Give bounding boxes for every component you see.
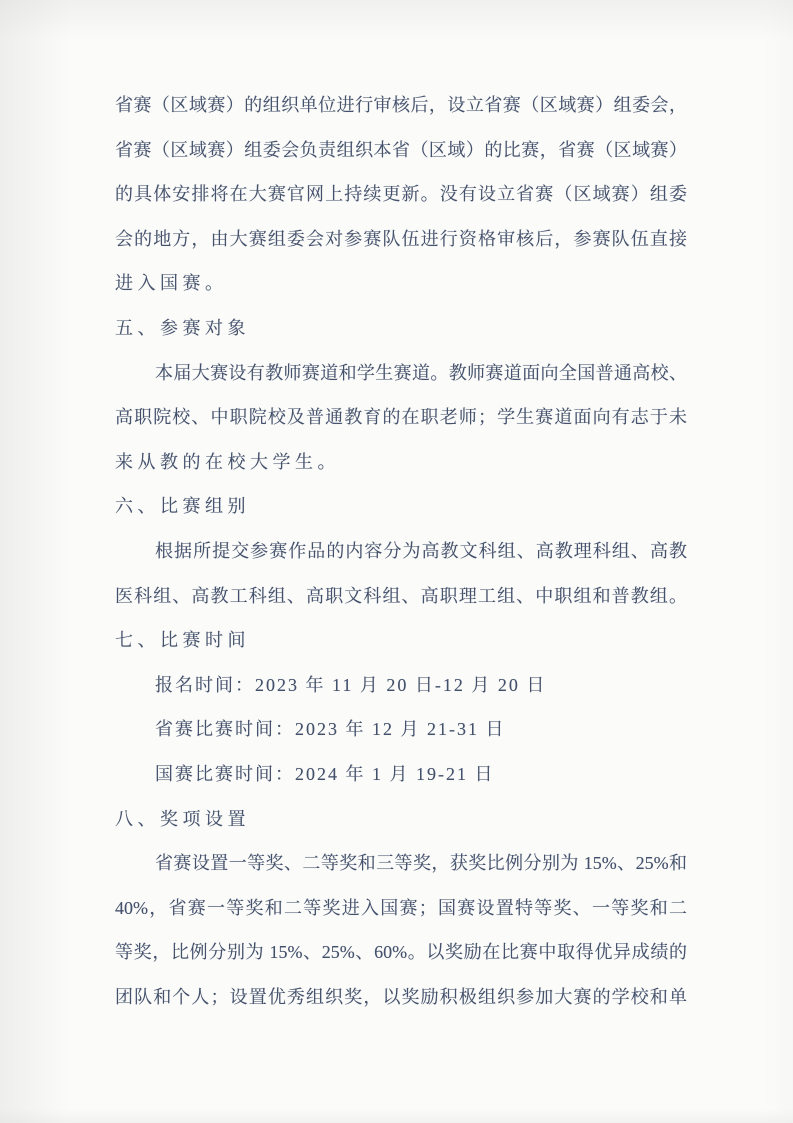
body-line: 来从教的在校大学生。 bbox=[115, 440, 687, 485]
section-heading-participants: 五、参赛对象 bbox=[115, 306, 687, 351]
intro-line: 进入国赛。 bbox=[115, 261, 687, 306]
section-heading-awards: 八、奖项设置 bbox=[115, 797, 687, 842]
section-heading-schedule: 七、比赛时间 bbox=[115, 618, 687, 663]
scanned-document-page: 省赛（区域赛）的组织单位进行审核后，设立省赛（区域赛）组委会， 省赛（区域赛）组… bbox=[0, 0, 793, 1123]
intro-line: 省赛（区域赛）的组织单位进行审核后，设立省赛（区域赛）组委会， bbox=[115, 83, 687, 128]
signup-time-line: 报名时间：2023 年 11 月 20 日-12 月 20 日 bbox=[115, 663, 687, 708]
document-text-block: 省赛（区域赛）的组织单位进行审核后，设立省赛（区域赛）组委会， 省赛（区域赛）组… bbox=[115, 83, 687, 1019]
national-time-line: 国赛比赛时间：2024 年 1 月 19-21 日 bbox=[115, 752, 687, 797]
body-line: 根据所提交参赛作品的内容分为高教文科组、高教理科组、高教 bbox=[115, 529, 687, 574]
body-line: 医科组、高教工科组、高职文科组、高职理工组、中职组和普教组。 bbox=[115, 574, 687, 619]
body-line: 团队和个人；设置优秀组织奖，以奖励积极组织参加大赛的学校和单 bbox=[115, 975, 687, 1020]
intro-line: 的具体安排将在大赛官网上持续更新。没有设立省赛（区域赛）组委 bbox=[115, 172, 687, 217]
body-line: 高职院校、中职院校及普通教育的在职老师；学生赛道面向有志于未 bbox=[115, 395, 687, 440]
intro-line: 会的地方，由大赛组委会对参赛队伍进行资格审核后，参赛队伍直接 bbox=[115, 217, 687, 262]
body-line: 本届大赛设有教师赛道和学生赛道。教师赛道面向全国普通高校、 bbox=[115, 351, 687, 396]
intro-line: 省赛（区域赛）组委会负责组织本省（区域）的比赛，省赛（区域赛） bbox=[115, 128, 687, 173]
body-line: 等奖，比例分别为 15%、25%、60%。以奖励在比赛中取得优异成绩的 bbox=[115, 930, 687, 975]
provincial-time-line: 省赛比赛时间：2023 年 12 月 21-31 日 bbox=[115, 707, 687, 752]
body-line: 40%，省赛一等奖和二等奖进入国赛；国赛设置特等奖、一等奖和二 bbox=[115, 886, 687, 931]
section-heading-groups: 六、比赛组别 bbox=[115, 484, 687, 529]
body-line: 省赛设置一等奖、二等奖和三等奖，获奖比例分别为 15%、25%和 bbox=[115, 841, 687, 886]
